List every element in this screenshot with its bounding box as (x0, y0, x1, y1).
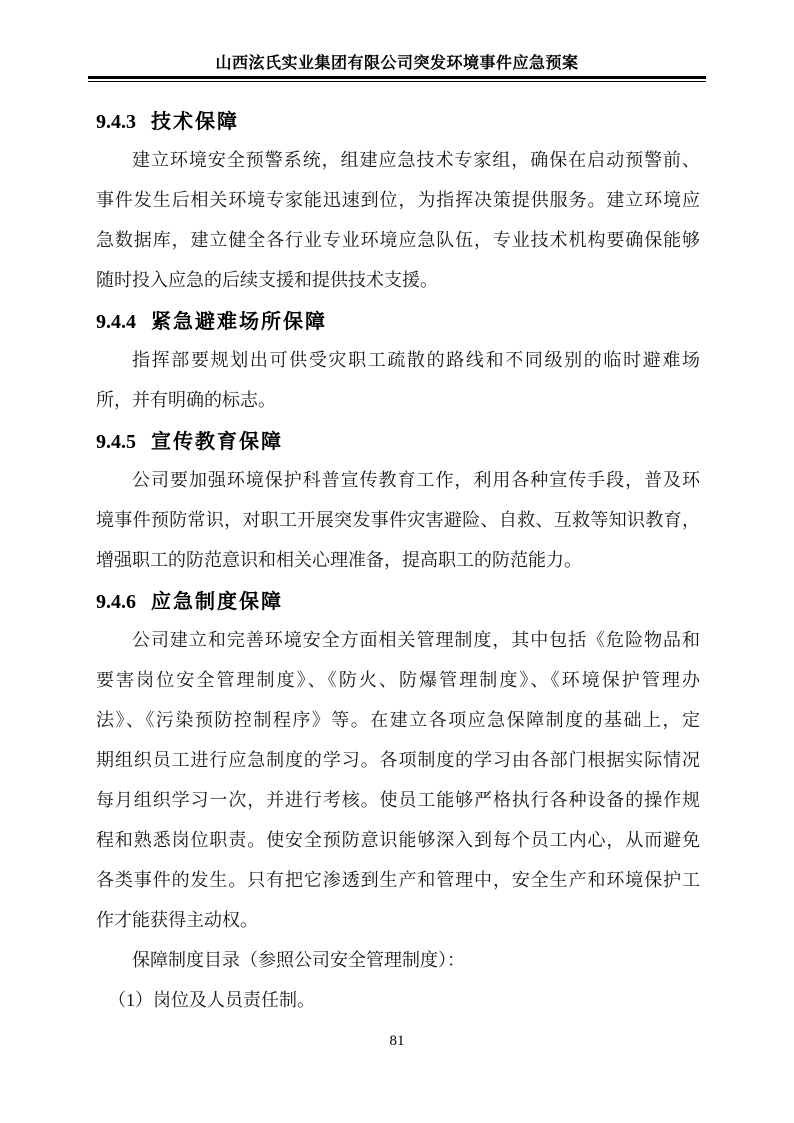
section-heading-emergency-system: 9.4.6 应急制度保障 (96, 590, 700, 614)
section-number: 9.4.5 (96, 431, 136, 453)
document-page: 山西泫氏实业集团有限公司突发环境事件应急预案 9.4.3 技术保障 建立环境安全… (0, 0, 794, 1123)
body-line: 急数据库，建立健全各行业专业环境应急队伍，专业技术机构要确保能够 (96, 220, 700, 260)
section-title: 应急制度保障 (151, 591, 283, 613)
section-number: 9.4.3 (96, 111, 136, 133)
body-line: 每月组织学习一次，并进行考核。使员工能够严格执行各种设备的操作规 (96, 780, 700, 820)
document-header: 山西泫氏实业集团有限公司突发环境事件应急预案 (0, 0, 794, 82)
body-line: 事件发生后相关环境专家能迅速到位，为指挥决策提供服务。建立环境应 (96, 180, 700, 220)
section-number: 9.4.6 (96, 591, 136, 613)
section-heading-publicity-education: 9.4.5 宣传教育保障 (96, 430, 700, 454)
paragraph: 公司要加强环境保护科普宣传教育工作，利用各种宣传手段，普及环 境事件预防常识，对… (96, 460, 700, 580)
body-line: 增强职工的防范意识和相关心理准备，提高职工的防范能力。 (96, 540, 700, 580)
paragraph: 保障制度目录（参照公司安全管理制度）： (96, 940, 700, 980)
document-body: 9.4.3 技术保障 建立环境安全预警系统，组建应急技术专家组，确保在启动预警前… (96, 110, 700, 1020)
section-number: 9.4.4 (96, 311, 136, 333)
body-line: 随时投入应急的后续支援和提供技术支援。 (96, 260, 700, 300)
body-line: 公司建立和完善环境安全方面相关管理制度，其中包括《危险物品和 (96, 620, 700, 660)
body-line: 作才能获得主动权。 (96, 900, 700, 940)
paragraph: 指挥部要规划出可供受灾职工疏散的路线和不同级别的临时避难场 所，并有明确的标志。 (96, 340, 700, 420)
body-line: 各类事件的发生。只有把它渗透到生产和管理中，安全生产和环境保护工 (96, 860, 700, 900)
body-line: 期组织员工进行应急制度的学习。各项制度的学习由各部门根据实际情况 (96, 740, 700, 780)
section-heading-emergency-shelter: 9.4.4 紧急避难场所保障 (96, 310, 700, 334)
body-line: 指挥部要规划出可供受灾职工疏散的路线和不同级别的临时避难场 (96, 340, 700, 380)
page-number: 81 (390, 1033, 405, 1049)
body-line: 要害岗位安全管理制度》、《防火、防爆管理制度》、《环境保护管理办 (96, 660, 700, 700)
body-line: 程和熟悉岗位职责。使安全预防意识能够深入到每个员工内心，从而避免 (96, 820, 700, 860)
body-line: 境事件预防常识，对职工开展突发事件灾害避险、自救、互救等知识教育， (96, 500, 700, 540)
page-footer: 81 (0, 1033, 794, 1050)
body-line: 法》、《污染预防控制程序》等。在建立各项应急保障制度的基础上，定 (96, 700, 700, 740)
section-heading-technical-support: 9.4.3 技术保障 (96, 110, 700, 134)
body-line: 公司要加强环境保护科普宣传教育工作，利用各种宣传手段，普及环 (96, 460, 700, 500)
header-title: 山西泫氏实业集团有限公司突发环境事件应急预案 (0, 55, 794, 72)
section-title: 技术保障 (151, 111, 239, 133)
body-line: 所，并有明确的标志。 (96, 380, 700, 420)
body-line: 建立环境安全预警系统，组建应急技术专家组，确保在启动预警前、 (96, 140, 700, 180)
section-title: 宣传教育保障 (151, 431, 283, 453)
section-title: 紧急避难场所保障 (151, 311, 327, 333)
body-line: 保障制度目录（参照公司安全管理制度）： (96, 940, 700, 980)
paragraph: 建立环境安全预警系统，组建应急技术专家组，确保在启动预警前、 事件发生后相关环境… (96, 140, 700, 300)
body-line: （1）岗位及人员责任制。 (96, 980, 700, 1020)
header-divider (88, 76, 706, 82)
paragraph: （1）岗位及人员责任制。 (96, 980, 700, 1020)
paragraph: 公司建立和完善环境安全方面相关管理制度，其中包括《危险物品和 要害岗位安全管理制… (96, 620, 700, 940)
